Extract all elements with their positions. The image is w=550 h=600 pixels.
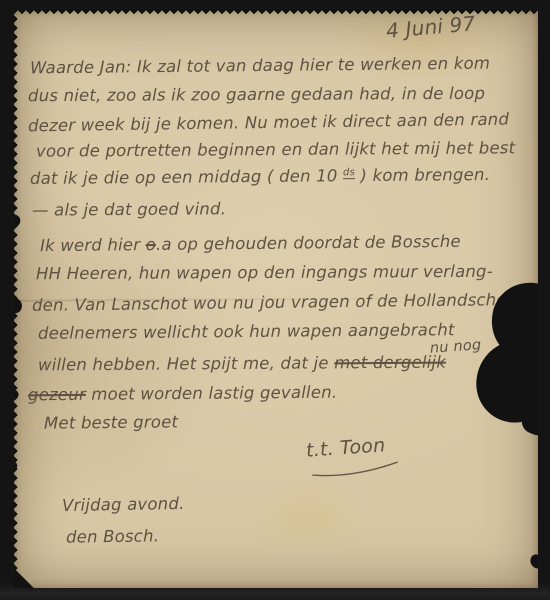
signature-flourish xyxy=(310,459,403,479)
postscript-line: den Bosch. xyxy=(66,527,159,546)
line-segment: willen hebben. Het spijt me, dat je xyxy=(38,353,334,374)
line-segment: dat ik je die op een middag ( den 10 xyxy=(30,166,343,188)
superscript-abbreviation: ds xyxy=(343,167,355,179)
postscript-line: Vrijdag avond. xyxy=(62,495,185,515)
line-segment: .a op gehouden doordat de Bossche xyxy=(156,232,461,254)
letter-line: willen hebben. Het spijt me, dat je met … xyxy=(38,354,446,375)
struck-word: o xyxy=(146,235,156,254)
corner-cut xyxy=(14,568,34,588)
line-segment: ) kom brengen. xyxy=(355,165,490,185)
date-line: 4 Juni 97 xyxy=(385,12,476,42)
letter-line: den. Van Lanschot wou nu jou vragen of d… xyxy=(32,291,507,315)
letter-line: dus niet, zoo als ik zoo gaarne gedaan h… xyxy=(28,85,485,106)
letter-line: dezer week bij je komen. Nu moet ik dire… xyxy=(28,111,509,136)
closing-line: Met beste groet xyxy=(44,413,178,433)
letter-line: — als je dat goed vind. xyxy=(32,200,226,219)
edge-nick xyxy=(528,553,538,571)
letter-line: deelnemers wellicht ook hun wapen aangeb… xyxy=(38,321,455,343)
letter-line: dat ik je die op een middag ( den 10 ds … xyxy=(30,166,490,188)
struck-words: met dergelijk xyxy=(334,353,446,373)
line-segment: Ik werd hier xyxy=(40,235,146,255)
letter-paper: 4 Juni 97 Waarde Jan: Ik zal tot van daa… xyxy=(14,10,538,588)
letter-line: voor de portretten beginnen en dan lijkt… xyxy=(36,139,515,160)
letter-line: gezeur moet worden lastig gevallen. xyxy=(28,384,337,405)
signature: t.t. Toon xyxy=(305,435,386,461)
letter-line: Ik werd hier o.a op gehouden doordat de … xyxy=(40,233,461,256)
perforated-edge-top xyxy=(14,10,538,16)
struck-word: gezeur xyxy=(28,385,86,405)
scan-background: 4 Juni 97 Waarde Jan: Ik zal tot van daa… xyxy=(0,0,550,600)
line-segment: moet worden lastig gevallen. xyxy=(86,383,338,404)
letter-line: HH Heeren, hun wapen op den ingangs muur… xyxy=(36,263,493,284)
letter-line: Waarde Jan: Ik zal tot van daag hier te … xyxy=(30,55,490,78)
